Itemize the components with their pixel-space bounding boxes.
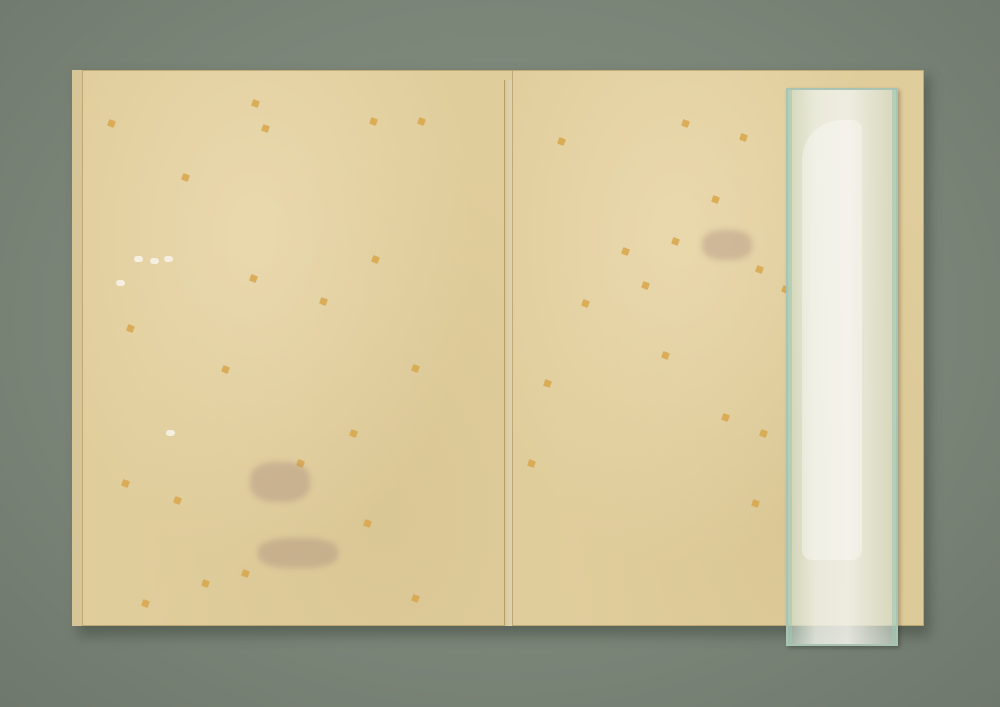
gold-fleck [363, 519, 372, 528]
gold-fleck [711, 195, 720, 204]
left-page [72, 70, 516, 626]
glass-reflection [802, 120, 862, 560]
gold-fleck [181, 173, 190, 182]
gold-fleck [221, 365, 230, 374]
gold-fleck [759, 429, 768, 438]
open-album [72, 70, 924, 626]
gold-fleck [661, 351, 670, 360]
gold-fleck [755, 265, 764, 274]
stain [258, 538, 338, 568]
gold-fleck [417, 117, 426, 126]
gold-fleck [141, 599, 150, 608]
gold-fleck [411, 594, 420, 603]
paper-chip [134, 256, 143, 262]
gold-fleck [411, 364, 420, 373]
gold-fleck [721, 413, 730, 422]
paper-chip [166, 430, 175, 436]
paper-chip [150, 258, 159, 264]
paper-chip [116, 280, 125, 286]
gold-fleck [249, 274, 258, 283]
paper-chip [164, 256, 173, 262]
gold-fleck [121, 479, 130, 488]
gold-fleck [543, 379, 552, 388]
gold-fleck [319, 297, 328, 306]
gold-fleck [241, 569, 250, 578]
stain [702, 230, 752, 260]
gold-fleck [527, 459, 536, 468]
gold-fleck [369, 117, 378, 126]
gold-fleck [621, 247, 630, 256]
gold-fleck [107, 119, 116, 128]
gold-fleck [739, 133, 748, 142]
gold-fleck [261, 124, 270, 133]
gold-fleck [251, 99, 260, 108]
gold-fleck [681, 119, 690, 128]
gold-fleck [671, 237, 680, 246]
glass-paperweight [786, 88, 898, 646]
gold-fleck [349, 429, 358, 438]
gold-fleck [201, 579, 210, 588]
gold-fleck [557, 137, 566, 146]
gold-fleck [126, 324, 135, 333]
gold-fleck [581, 299, 590, 308]
gold-fleck [751, 499, 760, 508]
stain [250, 462, 310, 502]
gold-fleck [173, 496, 182, 505]
gold-fleck [641, 281, 650, 290]
gold-fleck [371, 255, 380, 264]
